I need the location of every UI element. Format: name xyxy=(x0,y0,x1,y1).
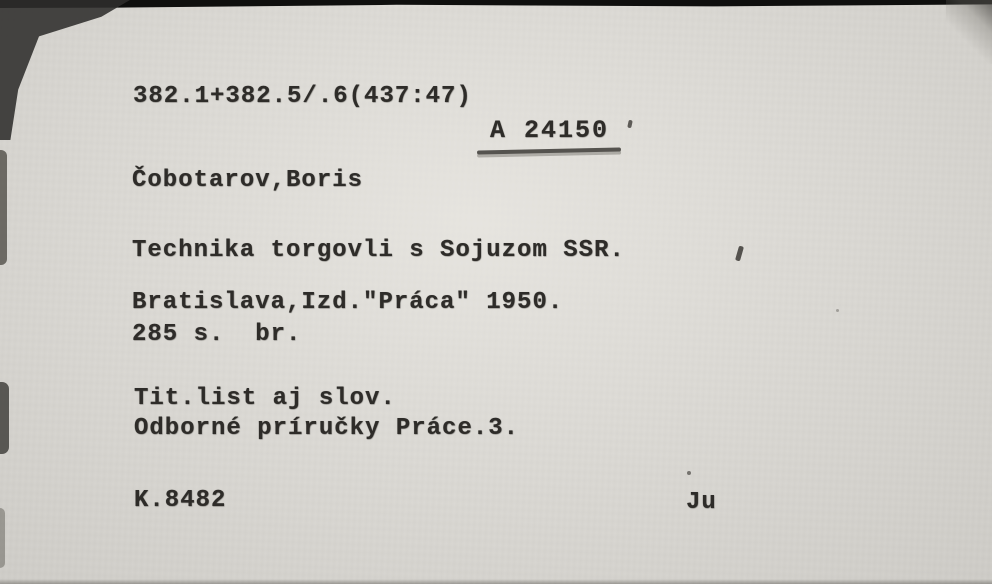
language-note: Tit.list aj slov. xyxy=(134,386,396,412)
series-note: Odborné príručky Práce.3. xyxy=(134,416,519,442)
accession-number: A 24150 xyxy=(490,117,609,145)
title-statement: Technika torgovli s Sojuzom SSR. xyxy=(132,238,625,264)
scanned-catalog-card: 382.1+382.5/.6(437:47) A 24150 Čobotarov… xyxy=(0,0,992,584)
author-heading: Čobotarov,Boris xyxy=(132,168,363,194)
classification-number: 382.1+382.5/.6(437:47) xyxy=(133,84,472,110)
cataloguer-initials: Ju xyxy=(686,490,717,516)
control-number: K.8482 xyxy=(134,488,226,514)
collation-line: 285 s. br. xyxy=(132,322,301,348)
imprint-line: Bratislava,Izd."Práca" 1950. xyxy=(132,290,563,316)
